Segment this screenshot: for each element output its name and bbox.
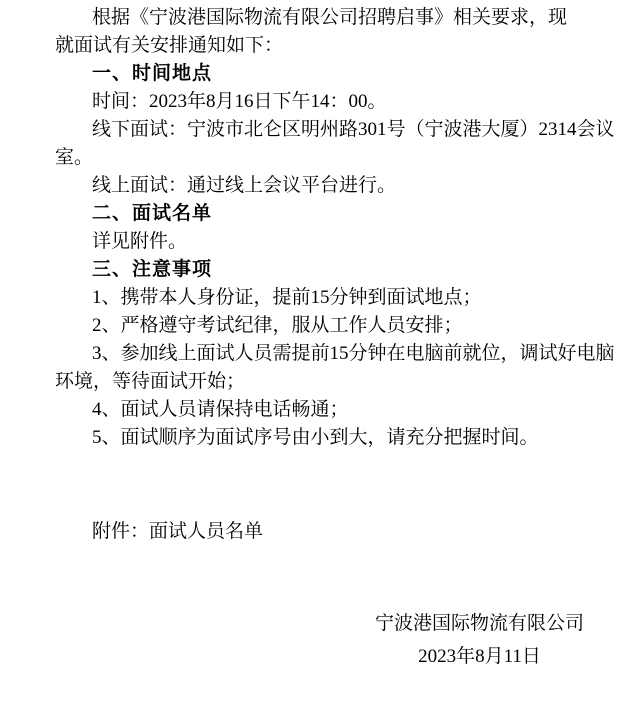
body-line: 5、面试顺序为面试序号由小到大，请充分把握时间。 [55,424,587,452]
body-line: 环境，等待面试开始； [55,368,587,396]
section-heading: 一、时间地点 [55,60,587,88]
body-line: 4、面试人员请保持电话畅通； [55,396,587,424]
notice-document-page: 根据《宁波港国际物流有限公司招聘启事》相关要求，现就面试有关安排通知如下：一、时… [0,0,617,703]
body-line: 就面试有关安排通知如下： [55,32,587,60]
section-heading: 三、注意事项 [55,256,587,284]
body-line: 2、严格遵守考试纪律，服从工作人员安排； [55,312,587,340]
body-line: 线下面试：宁波市北仑区明州路301号（宁波港大厦）2314会议 [55,116,587,144]
signature-date: 2023年8月11日 [375,640,584,673]
signature-block: 宁波港国际物流有限公司 2023年8月11日 [55,607,587,673]
blank-gap [55,546,587,607]
blank-gap [55,452,587,518]
body-line: 根据《宁波港国际物流有限公司招聘启事》相关要求，现 [55,4,587,32]
body-line: 3、参加线上面试人员需提前15分钟在电脑前就位，调试好电脑 [55,340,587,368]
section-heading: 二、面试名单 [55,200,587,228]
body-line: 线上面试：通过线上会议平台进行。 [55,172,587,200]
body-line: 时间：2023年8月16日下午14：00。 [55,88,587,116]
signature-inner: 宁波港国际物流有限公司 2023年8月11日 [375,607,584,673]
body-line: 1、携带本人身份证，提前15分钟到面试地点； [55,284,587,312]
body-line: 室。 [55,144,587,172]
document-body: 根据《宁波港国际物流有限公司招聘启事》相关要求，现就面试有关安排通知如下：一、时… [55,4,587,452]
signature-company: 宁波港国际物流有限公司 [375,607,584,640]
attachment-note: 附件：面试人员名单 [55,518,587,546]
body-line: 详见附件。 [55,228,587,256]
